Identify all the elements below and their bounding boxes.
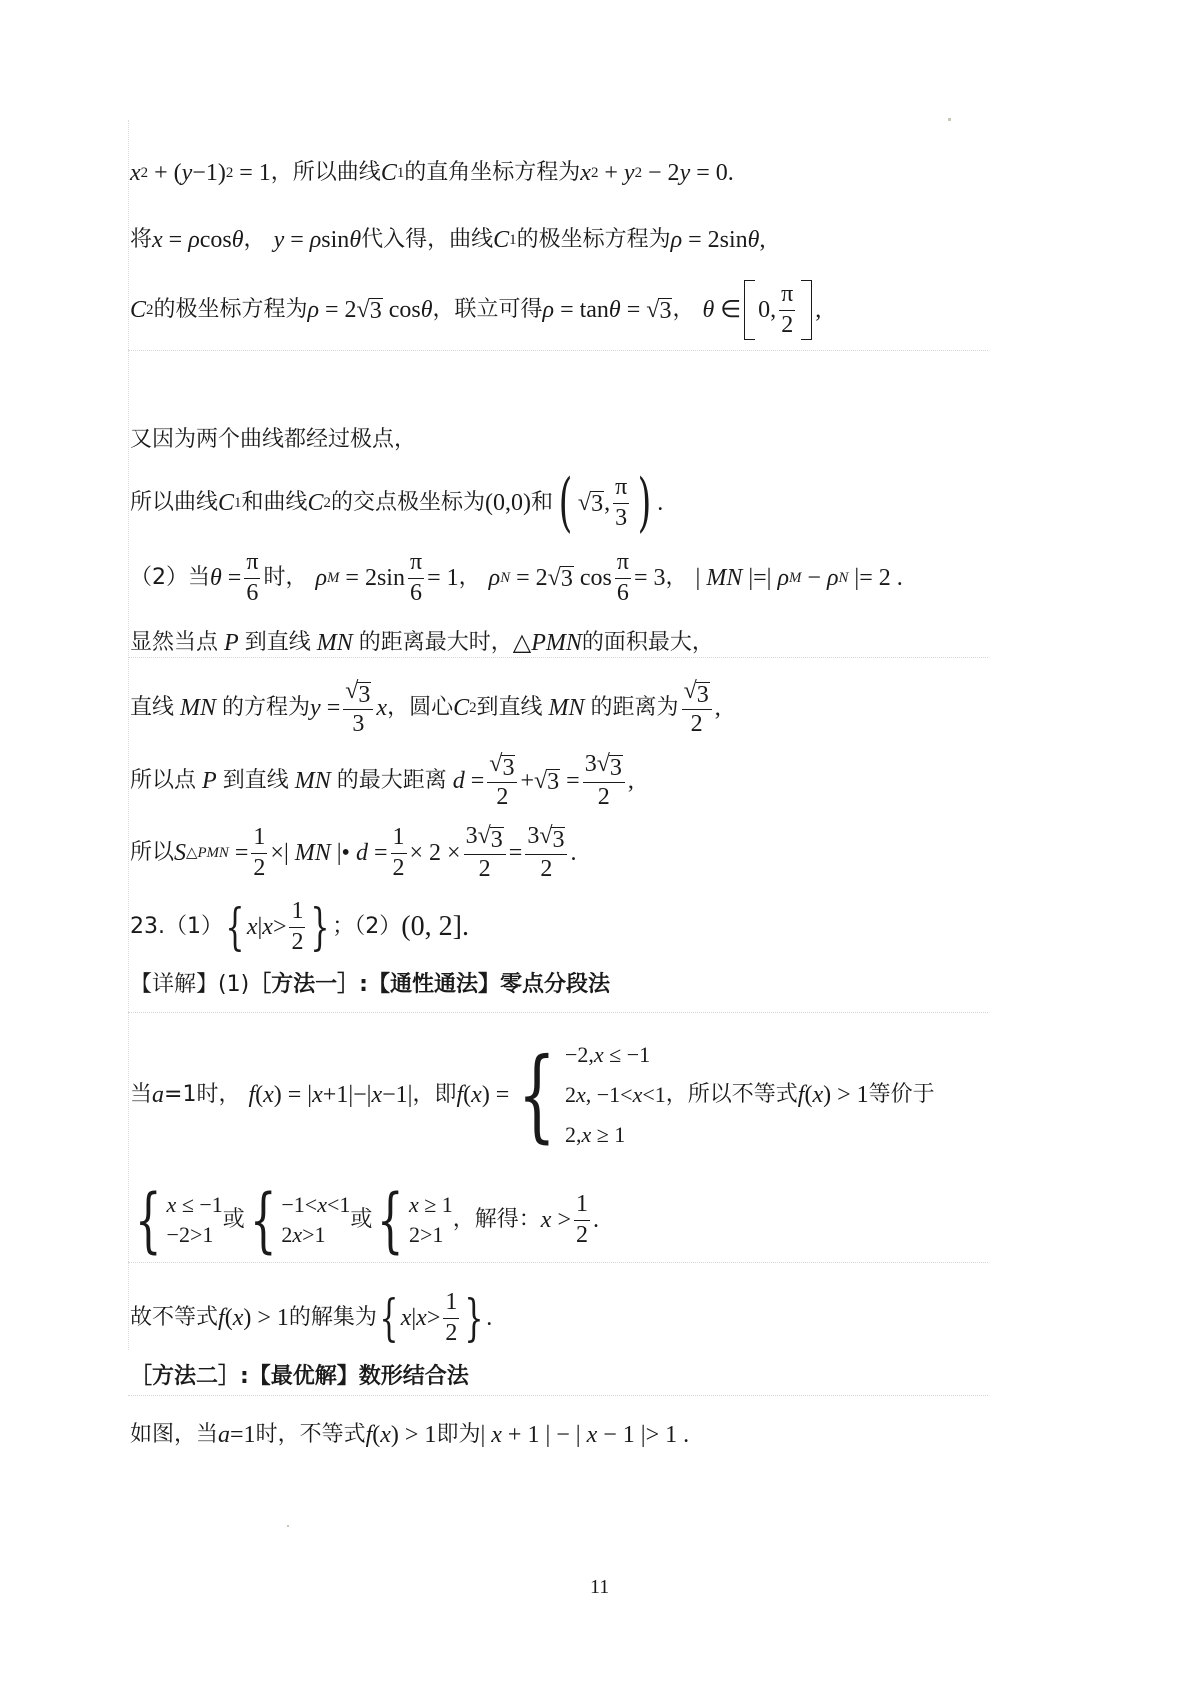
divider [128,1262,988,1263]
equation-line: 当 a=1时， f(x) = |x+1|−|x−1| ，即 f(x) = { −… [130,1030,935,1160]
text: ，联立可得 [433,295,543,325]
text: ；（2） [332,912,401,942]
text: 的距离为 [591,693,679,723]
text: 【详解】(1) [130,970,249,1000]
text: 的直角坐标方程为 [404,158,580,188]
text: 所以曲线 [130,488,218,518]
text: 所以点 [130,766,196,796]
text: 和 [531,488,553,518]
text: ， [672,295,694,325]
text: 的最大距离 [337,766,447,796]
document-page: x2 + (y−1)2 = 1 ，所以曲线 C1 的直角坐标方程为 x2 + y… [0,0,1200,1695]
text: （2）当 [130,563,210,593]
equation-line: x2 + (y−1)2 = 1 ，所以曲线 C1 的直角坐标方程为 x2 + y… [130,158,734,188]
text: 的极坐标方程为 [517,225,671,255]
method-title: ［方法一］:【通性通法】零点分段法 [249,970,610,1000]
equation-line: （2）当 θ = π6 时， ρM = 2sin π6= 1 ， ρN = 2√… [130,548,903,608]
divider [128,1012,988,1013]
equation-line: { x ≤ −1−2>1 或 { −1<x<12x>1 或 { x ≥ 12>1… [130,1183,599,1257]
divider [128,350,988,351]
text: 的解集为 [289,1303,377,1333]
text: 到直线 [477,693,543,723]
scan-mark [287,1525,289,1527]
text: 如图，当 [130,1420,218,1450]
text-line: 又因为两个曲线都经过极点， [130,425,416,455]
text: ， [244,225,266,255]
equation-line: C2 的极坐标方程为 ρ = 2√3 cosθ ，联立可得 ρ = tanθ =… [130,280,821,340]
text: 又因为两个曲线都经过极点， [130,425,416,455]
text: 当 [130,1080,152,1110]
text: ，即 [412,1080,456,1110]
text: 将 [130,225,152,255]
equation-line: 所以曲线 C1 和曲线 C2 的交点极坐标为 (0,0) 和 (√3, π3). [130,470,663,536]
text: 故不等式 [130,1303,218,1333]
method-title: ［方法二］:【最优解】数形结合法 [130,1362,469,1392]
question-number: 23.（1） [130,912,223,942]
text: 到直线 [245,628,311,658]
text: =1时， [164,1080,240,1110]
text: ，解得： [453,1205,541,1235]
text: 的交点极坐标为 [331,488,485,518]
text: ， [666,563,688,593]
equation-line: 所以 S△PMN = 12 ×| MN |• d = 12 × 2 × 3√32… [130,820,576,886]
text: 的距离最大时， [359,628,513,658]
text: ， [459,563,481,593]
text: 显然当点 [130,628,218,658]
text: 到直线 [223,766,289,796]
left-margin-guide [128,120,129,1350]
text: 和曲线 [241,488,307,518]
equation-line: 将 x = ρcosθ ， y = ρsinθ 代入得，曲线 C1 的极坐标方程… [130,225,765,255]
equation-line: 直线 MN 的方程为 y = √33x ，圆心 C2 到直线 MN 的距离为 √… [130,675,721,741]
answer-line: 23.（1） {x|x> 12} ；（2） (0, 2]. [130,894,469,960]
page-number: 11 [590,1576,609,1599]
text: 的极坐标方程为 [153,295,307,325]
equation-line: 所以点 P 到直线 MN 的最大距离 d = √32 +√3 = 3√32, [130,748,634,814]
text: 即为 [436,1420,480,1450]
text: 代入得，曲线 [361,225,493,255]
text: 的方程为 [222,693,310,723]
text-line: 显然当点 P 到直线 MN 的距离最大时， △PMN 的面积最大， [130,628,714,658]
text: 的面积最大， [582,628,714,658]
equation-line: 如图，当 a=1 时，不等式 f(x) > 1 即为 | x + 1 | − |… [130,1420,689,1450]
text: 等价于 [869,1080,935,1110]
text: 直线 [130,693,174,723]
text: ，所以曲线 [271,158,381,188]
scan-mark [948,118,951,121]
equation-line: 故不等式 f(x) > 1 的解集为 {x|x> 12}. [130,1285,492,1351]
text: ，圆心 [387,693,453,723]
text: 或 [350,1205,372,1235]
piecewise-cases: −2,x ≤ −1 2x, −1<x<1 2,x ≥ 1 [565,1035,666,1155]
divider [128,1395,988,1396]
section-heading: ［方法二］:【最优解】数形结合法 [130,1362,469,1392]
text: ，所以不等式 [666,1080,798,1110]
text: 时，不等式 [256,1420,366,1450]
text: 所以 [130,838,174,868]
section-heading: 【详解】(1) ［方法一］:【通性通法】零点分段法 [130,970,610,1000]
text: 或 [223,1205,245,1235]
text: 时， [263,563,307,593]
